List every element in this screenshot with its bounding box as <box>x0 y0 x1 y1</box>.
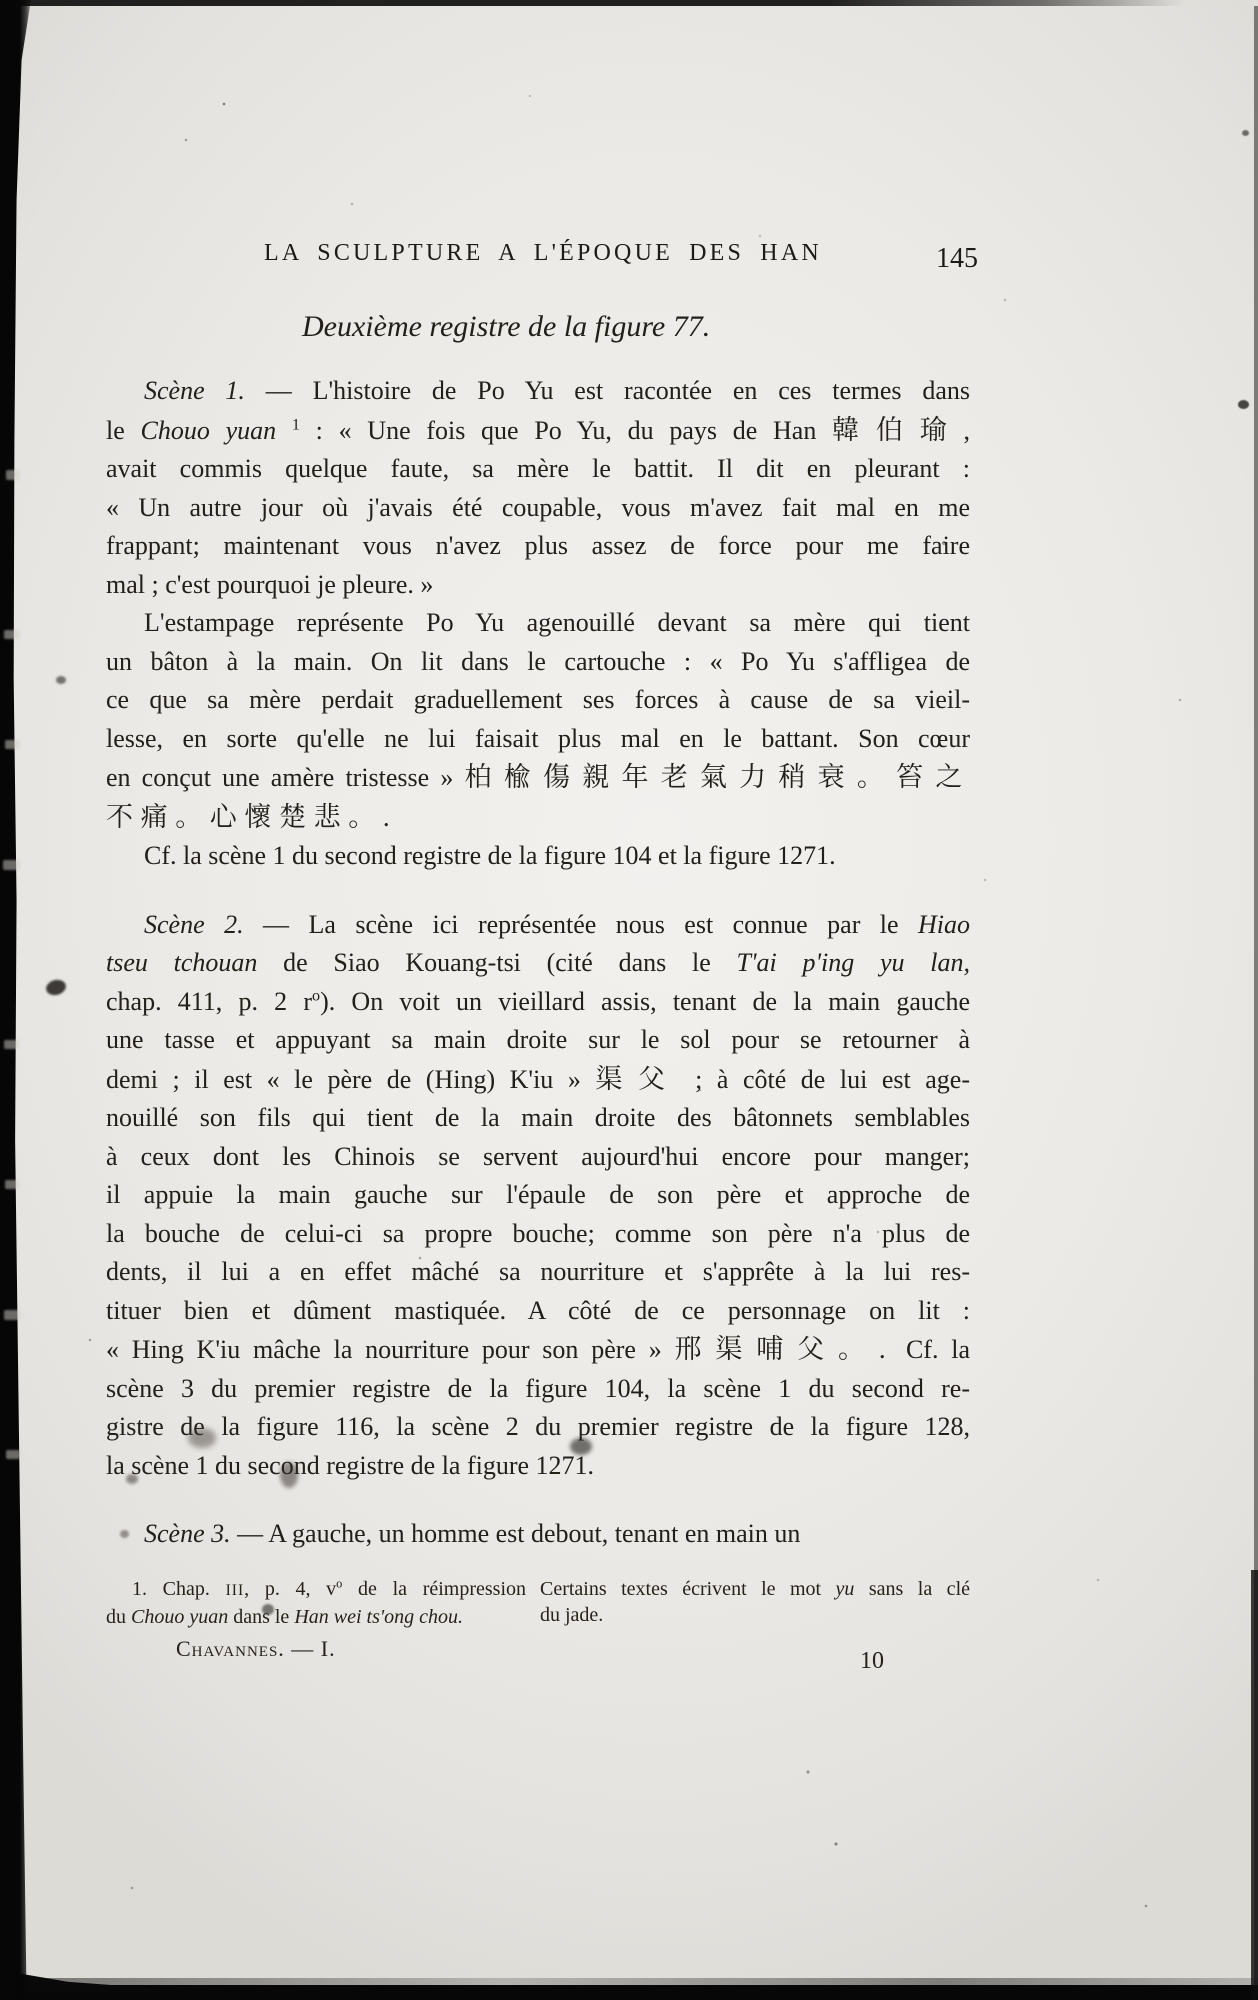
gutter-ghost-mark <box>4 1040 19 1049</box>
text-line: 不痛。心懷楚悲。. <box>106 798 970 838</box>
text-line: « Un autre jour où j'avais été coupable,… <box>106 489 970 528</box>
text-line: L'estampage représente Po Yu agenouillé … <box>106 604 970 643</box>
styled-text: T'ai p'ing yu lan, <box>736 948 970 977</box>
styled-text: Chouo yuan <box>131 1606 228 1628</box>
paragraph: Cf. la scène 1 du second registre de la … <box>106 837 970 876</box>
text-line: 1. Chap. III, p. 4, vo de la réimpressio… <box>106 1576 526 1604</box>
text-line: scène 3 du premier registre de la figure… <box>106 1370 970 1409</box>
ink-spot <box>120 1530 129 1538</box>
chinese-characters: 渠父 <box>595 1064 680 1094</box>
text-line: la bouche de celui-ci sa propre bouche; … <box>106 1215 970 1254</box>
styled-text: Scène 2. <box>144 910 244 939</box>
text-line: Scène 2. — La scène ici représentée nous… <box>106 906 970 945</box>
footnotes: 1. Chap. III, p. 4, vo de la réimpressio… <box>106 1576 970 1630</box>
text-line: « Hing K'iu mâche la nourriture pour son… <box>106 1330 970 1370</box>
text-line: chap. 411, p. 2 ro). On voit un vieillar… <box>106 983 970 1022</box>
ink-spot <box>44 978 67 998</box>
text-line: Cf. la scène 1 du second registre de la … <box>106 837 970 876</box>
body-text: Scène 1. — L'histoire de Po Yu est racon… <box>106 372 970 1554</box>
footnote-column-left: 1. Chap. III, p. 4, vo de la réimpressio… <box>106 1576 526 1630</box>
gutter-ghost-mark <box>6 470 20 480</box>
styled-text: 1 <box>292 416 300 433</box>
running-title: LA SCULPTURE A L'ÉPOQUE DES HAN <box>264 240 822 267</box>
styled-text: III <box>226 1582 245 1599</box>
gutter-ghost-mark <box>5 1180 19 1189</box>
gutter-ghost-mark <box>5 740 20 749</box>
text-line: demi ; il est « le père de (Hing) K'iu »… <box>106 1060 970 1100</box>
text-line: la scène 1 du second registre de la figu… <box>106 1447 970 1486</box>
text-line: du jade. <box>540 1602 970 1628</box>
text-line: nouillé son fils qui tient de la main dr… <box>106 1099 970 1138</box>
text-line: en conçut une amère tristesse » 柏楡傷親年老氣力… <box>106 758 970 798</box>
styled-text: Chouo yuan <box>141 416 277 445</box>
text-line: mal ; c'est pourquoi je pleure. » <box>106 566 970 605</box>
styled-text: yu <box>836 1578 855 1600</box>
ink-smudge <box>126 1474 138 1484</box>
text-line: dents, il lui a en effet mâché sa nourri… <box>106 1253 970 1292</box>
styled-text: o <box>336 1576 342 1590</box>
ink-smudge <box>188 1428 216 1448</box>
sheet-number: 10 <box>860 1648 884 1675</box>
text-line: gistre de la figure 116, la scène 2 du p… <box>106 1408 970 1447</box>
text-line: ce que sa mère perdait graduellement ses… <box>106 681 970 720</box>
paragraph: Scène 2. — La scène ici représentée nous… <box>106 906 970 1486</box>
text-line: du Chouo yuan dans le Han wei ts'ong cho… <box>106 1604 526 1630</box>
section-subtitle: Deuxième registre de la figure 77. <box>302 310 710 344</box>
text-line: lesse, en sorte qu'elle ne lui faisait p… <box>106 720 970 759</box>
scanned-page: LA SCULPTURE A L'ÉPOQUE DES HAN 145 Deux… <box>0 0 1258 2000</box>
ink-spot <box>1242 130 1249 136</box>
page-number: 145 <box>936 243 978 275</box>
chinese-characters: 不痛。心懷楚悲。. <box>106 802 397 832</box>
scan-gutter-left <box>0 0 36 2000</box>
paragraph: L'estampage représente Po Yu agenouillé … <box>106 604 970 837</box>
text-line: à ceux dont les Chinois se servent aujou… <box>106 1138 970 1177</box>
chinese-characters: 韓伯瑜 <box>832 415 963 445</box>
gutter-ghost-mark <box>4 630 20 639</box>
styled-text: Scène 3. <box>144 1519 231 1548</box>
paragraph: Scène 1. — L'histoire de Po Yu est racon… <box>106 372 970 604</box>
scan-edge-right-lower <box>1251 1570 1258 2000</box>
scan-edge-bottom <box>0 1985 1258 2000</box>
styled-text: tseu tchouan <box>106 948 257 977</box>
text-line: avait commis quelque faute, sa mère le b… <box>106 450 970 489</box>
gutter-ghost-mark <box>3 860 20 870</box>
ink-smudge <box>570 1438 592 1455</box>
chinese-characters: 柏楡傷親年老氣力稍衰。笞之 <box>464 762 970 792</box>
text-line: un bâton à la main. On lit dans le carto… <box>106 643 970 682</box>
text-line: tituer bien et dûment mastiquée. A côté … <box>106 1292 970 1331</box>
scan-edge-top <box>0 0 1185 6</box>
ink-smudge <box>280 1462 298 1488</box>
styled-text: Hiao <box>918 910 970 939</box>
gutter-ghost-mark <box>6 1450 20 1459</box>
text-line: Certains textes écrivent le mot yu sans … <box>540 1576 970 1602</box>
ink-spot <box>56 676 66 684</box>
gutter-ghost-mark <box>4 1310 20 1320</box>
ink-spot <box>262 1604 274 1615</box>
text-line: Scène 1. — L'histoire de Po Yu est racon… <box>106 372 970 411</box>
text-line: tseu tchouan de Siao Kouang-tsi (cité da… <box>106 944 970 983</box>
text-line: Scène 3. — A gauche, un homme est debout… <box>106 1515 970 1554</box>
printer-signature: Chavannes. — I. <box>176 1636 336 1662</box>
text-line: il appuie la main gauche sur l'épaule de… <box>106 1176 970 1215</box>
paragraph: Scène 3. — A gauche, un homme est debout… <box>106 1515 970 1554</box>
styled-text: o <box>312 987 320 1004</box>
text-line: une tasse et appuyant sa main droite sur… <box>106 1021 970 1060</box>
text-line: frappant; maintenant vous n'avez plus as… <box>106 527 970 566</box>
ink-spot <box>1238 400 1249 409</box>
styled-text: Scène 1. <box>144 376 245 405</box>
footnote-column-right: Certains textes écrivent le mot yu sans … <box>540 1576 970 1630</box>
text-line: le Chouo yuan 1 : « Une fois que Po Yu, … <box>106 411 970 451</box>
styled-text: Han wei ts'ong chou. <box>294 1606 463 1628</box>
chinese-characters: 邢渠哺父。. <box>674 1334 893 1364</box>
